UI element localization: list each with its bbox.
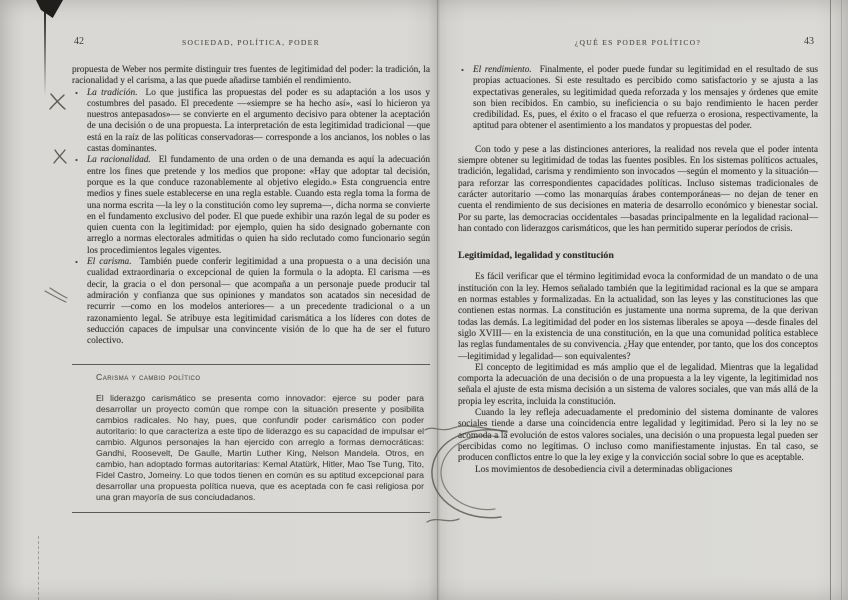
sidebar-box-carisma-cambio: Carisma y cambio político El liderazgo c… [72,364,430,512]
right-page-number: 43 [804,36,814,47]
list-item-text: El fundamento de una orden o de una dema… [87,155,430,255]
pen-x-mark-icon-2 [52,148,68,165]
list-item-racionalidad: La racionalidad.El fundamento de una ord… [72,155,430,257]
list-item-rendimiento: El rendimiento.Finalmente, el poder pued… [458,65,818,133]
right-page: ¿QUÉ ES PODER POLÍTICO? 43 El rendimient… [458,38,818,476]
scan-corner-smudge [36,0,63,18]
paragraph-annotated: El concepto de legitimidad es más amplio… [458,363,818,408]
right-running-head: ¿QUÉ ES PODER POLÍTICO? [458,38,818,47]
box-body: El liderazgo carismático se presenta com… [96,393,424,503]
pen-x-mark-icon [48,92,68,112]
list-item-text: Lo que justifica las propuestas del pode… [87,88,430,154]
paragraph: Con todo y pese a las distinciones anter… [458,145,818,235]
left-page: 42 SOCIEDAD, POLÍTICA, PODER propuesta d… [72,38,430,513]
list-item-term: El carisma. [87,257,132,267]
left-page-number: 42 [74,36,84,47]
list-item-text: También puede conferir legitimidad a una… [87,257,430,346]
left-running-head: SOCIEDAD, POLÍTICA, PODER [72,38,430,47]
intro-paragraph: propuesta de Weber nos permite distingui… [72,65,430,88]
list-item-tradicion: La tradición.Lo que justifica las propue… [72,88,430,156]
right-page-body: El rendimiento.Finalmente, el poder pued… [458,65,818,476]
paragraph: Es fácil verificar que el término legiti… [458,272,818,362]
paragraph: Cuando la ley refleja adecuadamente el p… [458,408,818,464]
gutter-fold-line [437,0,438,600]
legitimacy-sources-list: La tradición.Lo que justifica las propue… [72,88,430,348]
list-item-term: La tradición. [87,88,138,98]
gutter-shadow [428,0,448,600]
right-page-edge-line-2 [841,0,842,600]
pen-scribble-icon [42,286,68,304]
box-title: Carisma y cambio político [96,372,424,383]
left-page-body: propuesta de Weber nos permite distingui… [72,65,430,513]
list-item-term: La racionalidad. [87,155,151,165]
left-page-header: 42 SOCIEDAD, POLÍTICA, PODER [72,38,430,52]
left-page-edge-line [38,536,39,600]
right-page-edge-line [830,0,831,600]
book-scan-spread: 42 SOCIEDAD, POLÍTICA, PODER propuesta d… [0,0,848,600]
scan-corner-streak [44,12,46,96]
right-page-header: ¿QUÉ ES PODER POLÍTICO? 43 [458,38,818,52]
section-heading: Legitimidad, legalidad y constitución [458,250,818,261]
paragraph-partial: Los movimientos de desobediencia civil a… [458,465,818,476]
list-item-term: El rendimiento. [473,65,532,75]
list-item-carisma: El carisma.También puede conferir legiti… [72,257,430,347]
